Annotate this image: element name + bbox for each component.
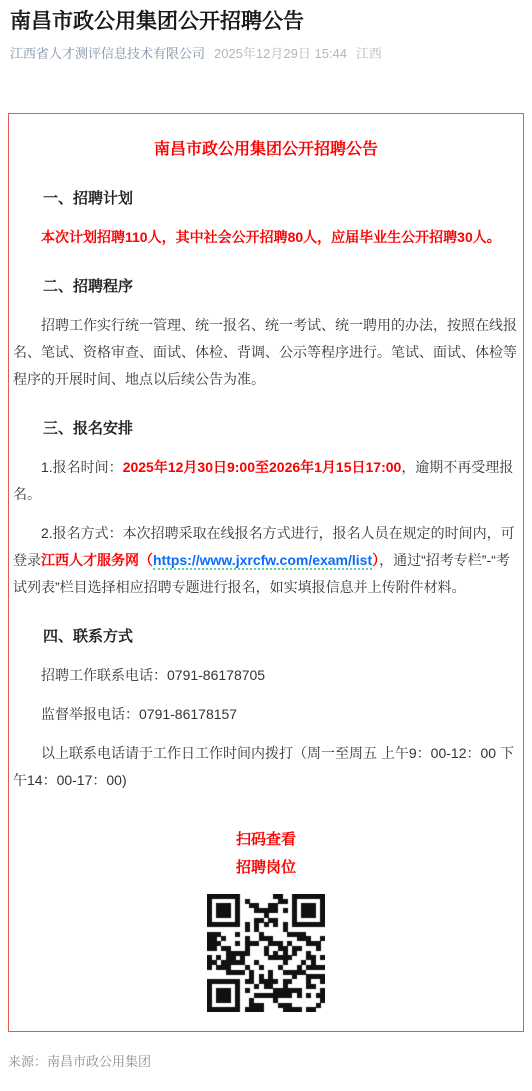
page-title: 南昌市政公用集团公开招聘公告 (8, 6, 524, 36)
announcement-title: 南昌市政公用集团公开招聘公告 (13, 136, 519, 163)
publish-datetime: 2025年12月29日 15:44 (214, 46, 347, 62)
byline: 江西省人才测评信息技术有限公司 2025年12月29日 15:44 江西 (10, 46, 522, 62)
qr-code-icon (207, 894, 325, 1012)
account-name[interactable]: 江西省人才测评信息技术有限公司 (10, 46, 205, 62)
phone-hours-line: 以上联系电话请于工作日工作时间内拨打（周一至周五 上午9：00-12：00 下午… (13, 740, 519, 794)
announcement-box: 南昌市政公用集团公开招聘公告 一、招聘计划 本次计划招聘110人，其中社会公开招… (8, 113, 524, 1032)
publish-location: 江西 (356, 46, 382, 62)
recruit-plan-highlight: 本次计划招聘110人，其中社会公开招聘80人，应届毕业生公开招聘30人。 (13, 224, 519, 251)
qr-code-container (13, 894, 519, 1017)
recruit-phone-line: 招聘工作联系电话：0791-86178705 (13, 662, 519, 689)
section2-heading: 二、招聘程序 (13, 273, 519, 300)
signup-method-paragraph: 2.报名方式：本次招聘采取在线报名方式进行，报名人员在规定的时间内，可登录江西人… (13, 520, 519, 601)
qr-caption-line1: 扫码查看 (13, 826, 519, 854)
signup-time-paragraph: 1.报名时间：2025年12月30日9:00至2026年1月15日17:00，逾… (13, 454, 519, 508)
signup-link[interactable]: https://www.jxrcfw.com/exam/list (153, 552, 372, 570)
article-page: 南昌市政公用集团公开招聘公告 江西省人才测评信息技术有限公司 2025年12月2… (0, 0, 532, 1091)
section3-heading: 三、报名安排 (13, 415, 519, 442)
section4-heading: 四、联系方式 (13, 623, 519, 650)
signup-time-prefix: 1.报名时间： (41, 459, 123, 475)
recruit-procedure-text: 招聘工作实行统一管理、统一报名、统一考试、统一聘用的办法，按照在线报名、笔试、资… (13, 312, 519, 393)
report-phone-line: 监督举报电话：0791-86178157 (13, 701, 519, 728)
qr-caption-line2: 招聘岗位 (13, 854, 519, 882)
signup-time-range: 2025年12月30日9:00至2026年1月15日17:00 (123, 459, 402, 475)
source-footer: 来源：南昌市政公用集团 (8, 1054, 522, 1071)
section1-heading: 一、招聘计划 (13, 185, 519, 212)
signup-site-name: 江西人才服务网（ (41, 552, 153, 568)
